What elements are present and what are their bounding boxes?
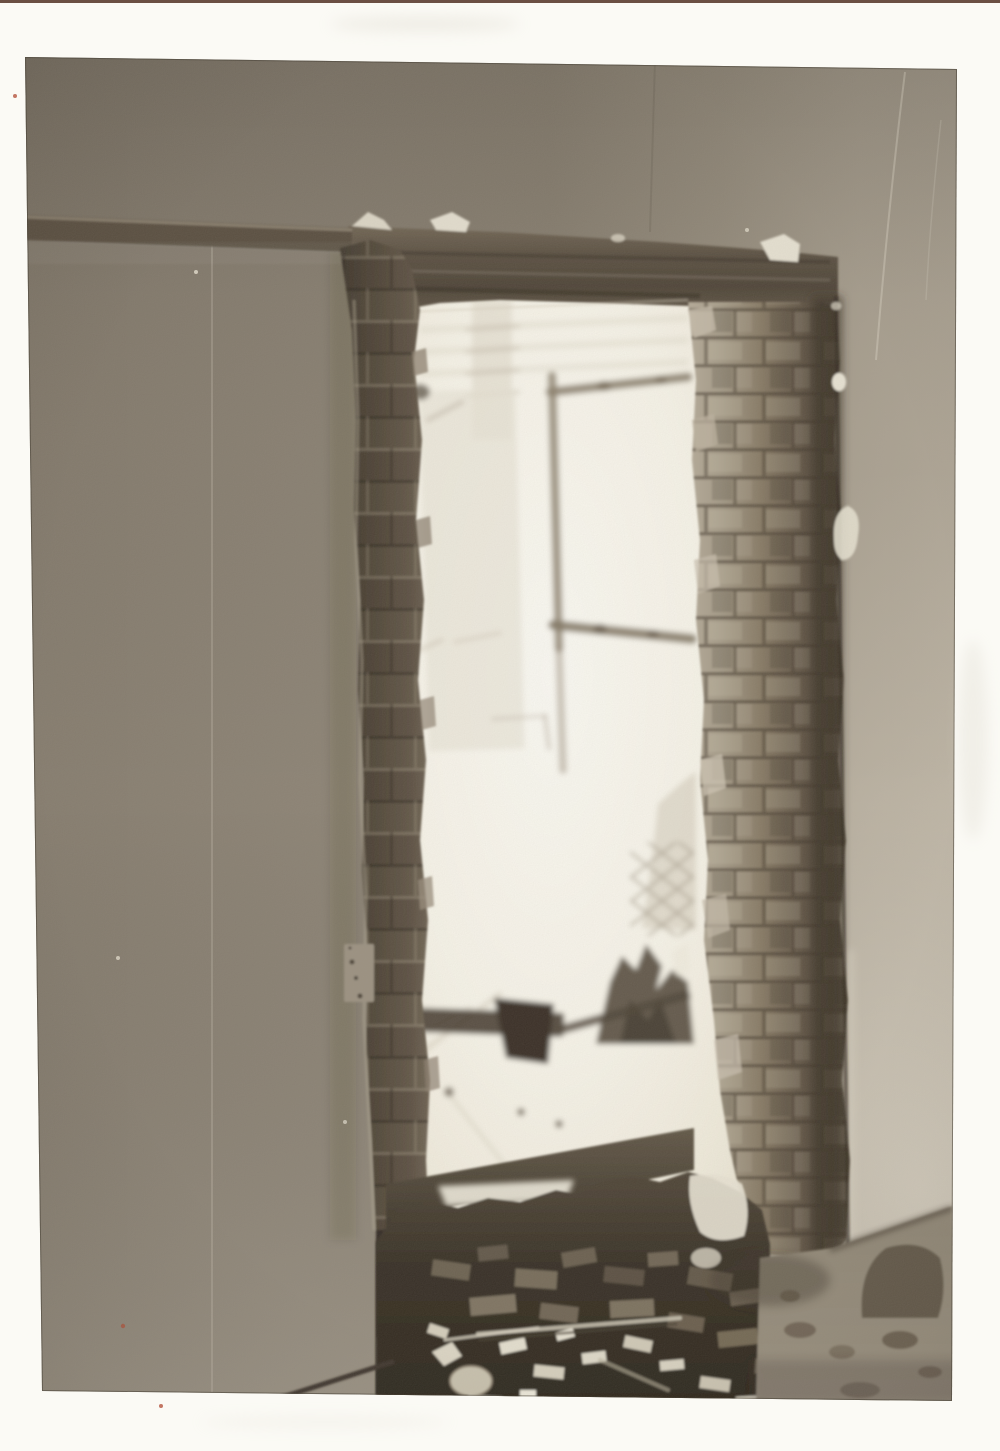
border-smudge — [958, 640, 988, 840]
scanner-edge-line — [0, 0, 1000, 3]
border-smudge — [330, 16, 520, 32]
vignette — [0, 0, 1000, 1451]
border-smudge — [200, 1416, 450, 1428]
red-dust-speck — [13, 94, 17, 98]
photograph — [0, 0, 1000, 1451]
scan-background — [0, 0, 1000, 1451]
red-dust-speck — [159, 1404, 163, 1408]
